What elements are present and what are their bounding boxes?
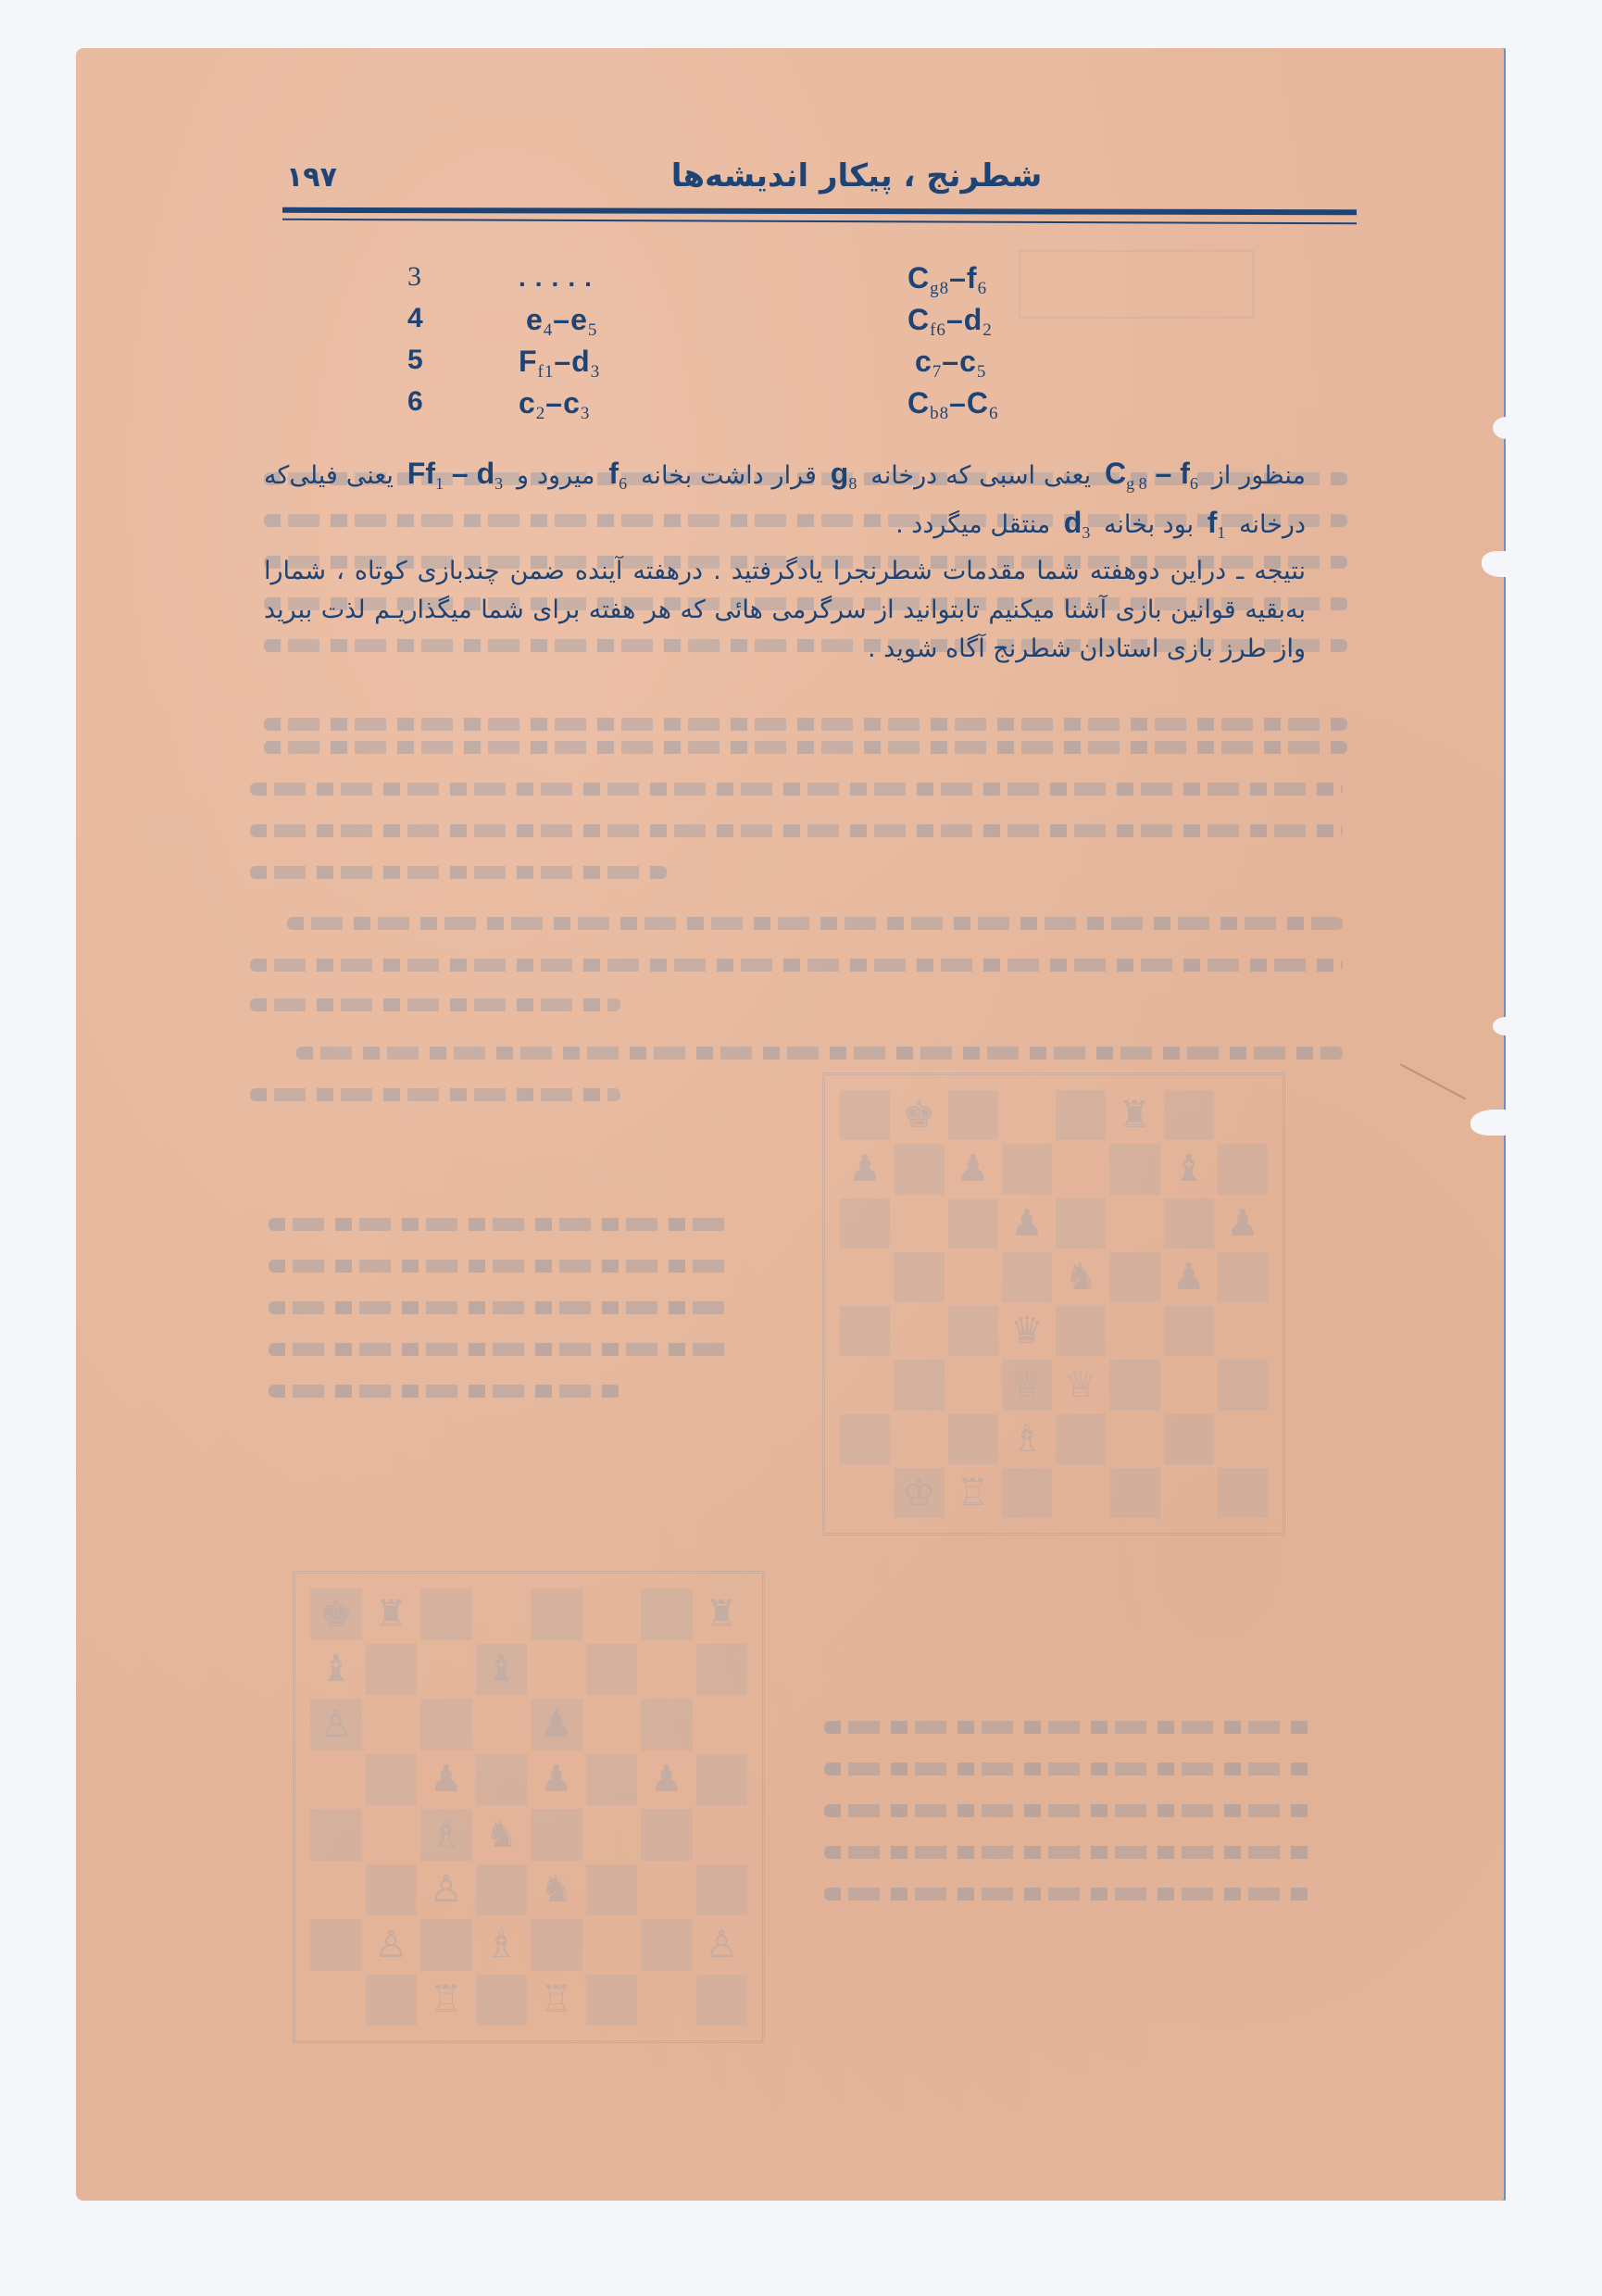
white-move: e4–e5	[526, 303, 597, 341]
notation-inline: f1	[1202, 503, 1232, 552]
running-title: شطرنج ، پیکار اندیشه‌ها	[653, 157, 1060, 194]
black-move: Cb8–C6	[907, 386, 999, 424]
notation-inline: f6	[603, 454, 632, 503]
black-move: Cf6–d2	[907, 303, 993, 341]
black-move: c7–c5	[915, 345, 986, 383]
notation-inline: Cg 8 – f6	[1099, 454, 1204, 503]
body-text: منظور از Cg 8 – f6 یعنی اسبی که درخانه g…	[264, 454, 1347, 669]
move-row: 5 Ff1–d3 c7–c5	[407, 345, 1093, 386]
explanation-paragraph: منظور از Cg 8 – f6 یعنی اسبی که درخانه g…	[264, 454, 1347, 552]
move-row: 4 e4–e5 Cf6–d2	[407, 303, 1093, 345]
black-move: Cg8–f6	[907, 261, 987, 299]
torn-edge-notch	[1482, 551, 1519, 577]
torn-edge-notch	[1471, 1110, 1517, 1135]
moves-table: 3 ..... Cg8–f6 4 e4–e5 Cf6–d2 5 Ff1–d3 c…	[407, 261, 1093, 428]
running-header: ۱۹۷ شطرنج ، پیکار اندیشه‌ها	[282, 156, 1357, 211]
white-move: c2–c3	[519, 386, 590, 424]
notation-inline: g8	[825, 454, 863, 503]
notation-inline: d3	[1058, 503, 1096, 552]
torn-edge-notch	[1493, 417, 1521, 439]
move-number: 5	[407, 345, 444, 376]
move-row: 3 ..... Cg8–f6	[407, 261, 1093, 303]
white-move: Ff1–d3	[519, 345, 600, 383]
move-number: 6	[407, 386, 444, 418]
notation-inline: Ff1 – d3	[402, 454, 508, 503]
move-row: 6 c2–c3 Cb8–C6	[407, 386, 1093, 428]
white-move: .....	[519, 263, 601, 293]
conclusion-paragraph: نتیجه ـ دراین دوهفته شما مقدمات شطرنجرا …	[264, 552, 1347, 669]
move-number: 3	[407, 261, 444, 293]
page-number: ۱۹۷	[286, 161, 337, 194]
move-number: 4	[407, 303, 444, 334]
torn-edge-notch	[1493, 1017, 1519, 1035]
